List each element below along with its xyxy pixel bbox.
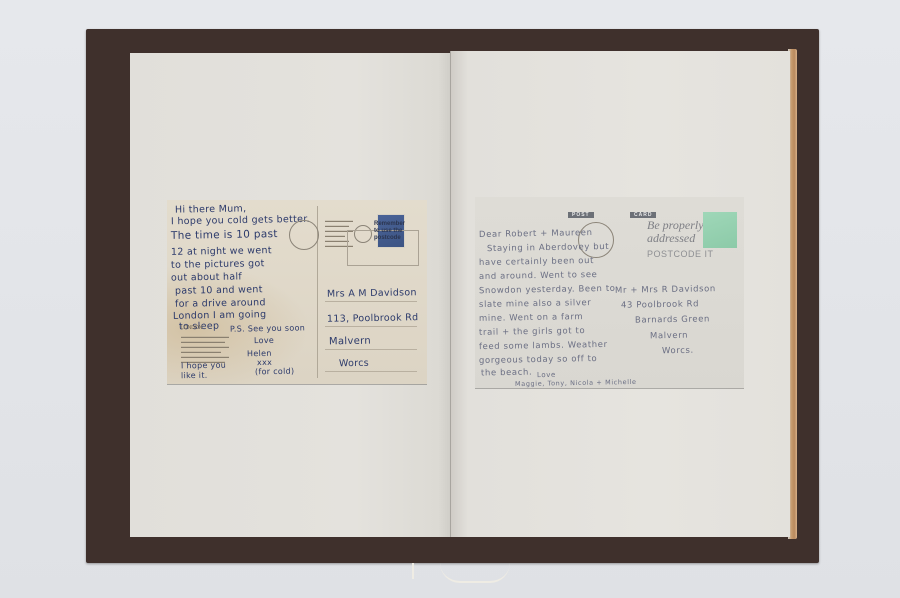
postmark-icon bbox=[289, 220, 319, 250]
message-line: for a drive around bbox=[175, 297, 266, 310]
post-label: POST bbox=[568, 212, 594, 218]
address-line: Malvern bbox=[329, 336, 371, 348]
address-line: Worcs. bbox=[662, 346, 694, 357]
address-line: Barnards Green bbox=[635, 314, 710, 325]
stamp-green-icon bbox=[703, 212, 737, 248]
message-line: and around. Went to see bbox=[479, 270, 598, 282]
message-line: London I am going bbox=[173, 309, 267, 322]
address-line: 43 Poolbrook Rd bbox=[621, 299, 699, 310]
address-rule bbox=[325, 349, 417, 350]
binding-thread bbox=[440, 563, 510, 583]
address-rule bbox=[325, 326, 417, 327]
message-line: Helen bbox=[247, 349, 272, 358]
slogan-line: addressed bbox=[647, 232, 704, 245]
message-line: The time is 10 past bbox=[171, 228, 278, 242]
message-line: Snowdon yesterday. Been to bbox=[479, 284, 616, 296]
postcard-left: Hi there Mum, I hope you cold gets bette… bbox=[167, 200, 427, 384]
message-line: xxx bbox=[257, 358, 272, 367]
message-line: 12 at night we went bbox=[171, 245, 272, 258]
message-line: mine. Went on a farm bbox=[479, 312, 583, 324]
address-rule bbox=[325, 301, 417, 302]
message-line: past 10 and went bbox=[175, 284, 263, 297]
message-line: to the pictures got bbox=[171, 258, 265, 271]
slogan-text: Be properly addressed bbox=[647, 219, 704, 245]
message-line: like it. bbox=[181, 371, 208, 380]
album-spine bbox=[450, 51, 451, 537]
message-line: Maggie, Tony, Nicola + Michelle bbox=[515, 378, 637, 388]
message-line: I hope you cold gets better. bbox=[171, 214, 310, 227]
address-line: Worcs bbox=[339, 358, 369, 370]
printed-description: ▬▬▬▬▬▬▬▬▬▬▬▬▬▬▬▬▬▬▬▬▬▬▬▬▬▬▬▬▬▬▬▬▬▬▬▬▬▬▬▬… bbox=[181, 334, 229, 364]
message-line: slate mine also a silver bbox=[479, 298, 592, 310]
address-line: Mr + Mrs R Davidson bbox=[615, 284, 716, 296]
postcode-text: POSTCODE IT bbox=[647, 249, 714, 259]
address-rule bbox=[325, 371, 417, 372]
message-line: Love bbox=[537, 371, 556, 379]
address-line: Mrs A M Davidson bbox=[327, 287, 417, 300]
address-line: 113, Poolbrook Rd bbox=[327, 312, 419, 325]
message-line: the beach. bbox=[481, 368, 532, 379]
message-line: trail + the girls got to bbox=[479, 326, 585, 338]
message-line: Staying in Aberdovey but bbox=[487, 242, 609, 254]
slogan-line: postcode bbox=[374, 235, 405, 242]
postcard-right: POST CARD Be properly addressed POSTCODE… bbox=[475, 197, 744, 388]
message-line: I hope you bbox=[181, 361, 226, 371]
message-line: Dear Robert + Maureen bbox=[479, 228, 593, 240]
message-line: gorgeous today so off to bbox=[479, 354, 597, 366]
message-line: P.S. See you soon bbox=[230, 323, 305, 333]
stamp-slogan: Remember to use the postcode bbox=[374, 221, 405, 242]
binding-thread-end bbox=[412, 563, 414, 579]
slogan-line: to use the bbox=[374, 228, 405, 235]
message-line: have certainly been out bbox=[479, 256, 594, 268]
message-line: Hi there Mum, bbox=[175, 203, 247, 215]
message-line: (for cold) bbox=[255, 367, 295, 377]
slogan-line: Remember bbox=[374, 221, 405, 228]
message-line: feed some lambs. Weather bbox=[479, 340, 608, 352]
message-line: Love bbox=[254, 336, 274, 345]
printed-caption: LONDON bbox=[181, 326, 202, 331]
message-line: out about half bbox=[171, 271, 242, 283]
address-line: Malvern bbox=[650, 331, 688, 342]
